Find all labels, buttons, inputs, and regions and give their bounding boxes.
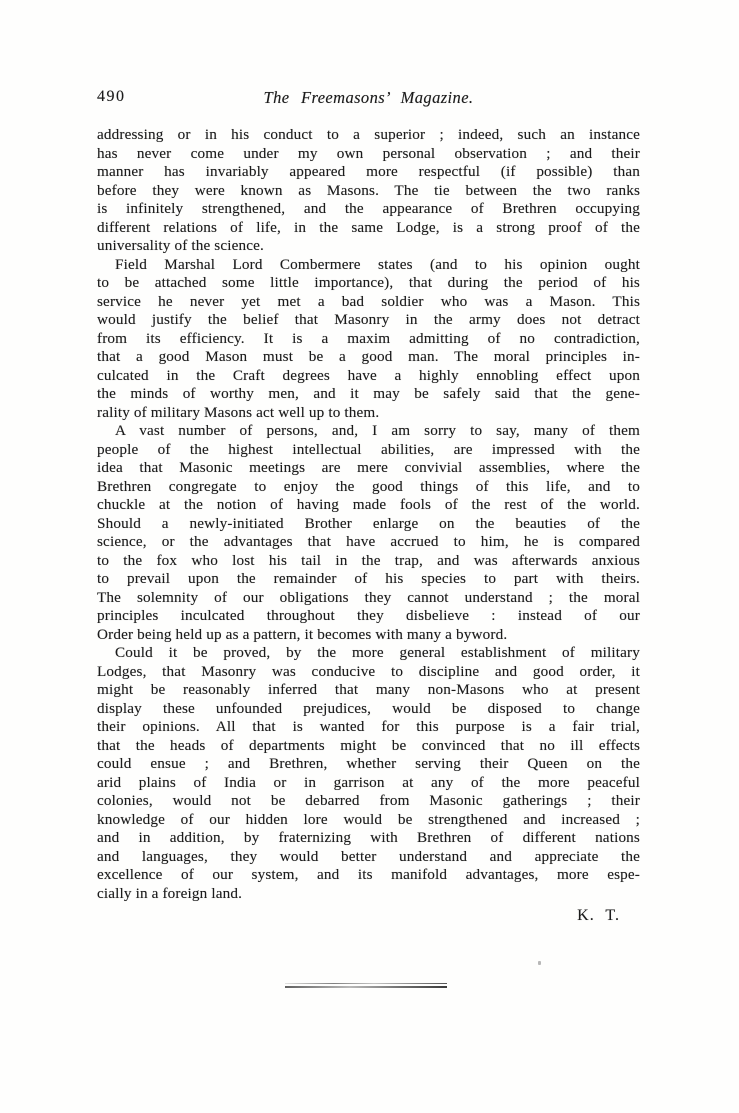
text-line: to prevail upon the remainder of his spe… <box>97 570 640 589</box>
text-line: The solemnity of our obligations they ca… <box>97 589 640 608</box>
text-line: A vast number of persons, and, I am sorr… <box>97 422 640 441</box>
text-line: is infinitely strengthened, and the appe… <box>97 200 640 219</box>
text-line: Could it be proved, by the more general … <box>97 644 640 663</box>
text-line: that the heads of departments might be c… <box>97 737 640 756</box>
text-line: knowledge of our hidden lore would be st… <box>97 811 640 830</box>
text-line: might be reasonably inferred that many n… <box>97 681 640 700</box>
text-line: has never come under my own personal obs… <box>97 145 640 164</box>
journal-title: The Freemasons’ Magazine. <box>97 88 640 108</box>
text-line: colonies, would not be debarred from Mas… <box>97 792 640 811</box>
text-line: display these unfounded prejudices, woul… <box>97 700 640 719</box>
text-line: would justify the belief that Masonry in… <box>97 311 640 330</box>
text-line: principles inculcated throughout they di… <box>97 607 640 626</box>
author-signature: K. T. <box>97 907 620 925</box>
text-line: Should a newly-initiated Brother enlarge… <box>97 515 640 534</box>
text-line: Lodges, that Masonry was conducive to di… <box>97 663 640 682</box>
text-line: their opinions. All that is wanted for t… <box>97 718 640 737</box>
text-line: chuckle at the notion of having made foo… <box>97 496 640 515</box>
text-line: before they were known as Masons. The ti… <box>97 182 640 201</box>
text-line: culcated in the Craft degrees have a hig… <box>97 367 640 386</box>
divider-line-bottom <box>285 986 447 988</box>
magazine-page: 490 The Freemasons’ Magazine. addressing… <box>0 0 739 1113</box>
text-line: Field Marshal Lord Combermere states (an… <box>97 256 640 275</box>
text-line: to the fox who lost his tail in the trap… <box>97 552 640 571</box>
text-line: idea that Masonic meetings are mere conv… <box>97 459 640 478</box>
text-line: Order being held up as a pattern, it bec… <box>97 626 640 645</box>
divider-line-top <box>285 983 447 984</box>
text-line: universality of the science. <box>97 237 640 256</box>
text-line: service he never yet met a bad soldier w… <box>97 293 640 312</box>
text-line: the minds of worthy men, and it may be s… <box>97 385 640 404</box>
text-line: cially in a foreign land. <box>97 885 640 904</box>
scan-speck <box>538 961 541 965</box>
running-head: 490 The Freemasons’ Magazine. <box>97 88 640 110</box>
text-line: arid plains of India or in garrison at a… <box>97 774 640 793</box>
section-divider <box>285 983 447 990</box>
text-line: people of the highest intellectual abili… <box>97 441 640 460</box>
text-line: excellence of our system, and its manifo… <box>97 866 640 885</box>
text-line: manner has invariably appeared more resp… <box>97 163 640 182</box>
text-line: addressing or in his conduct to a superi… <box>97 126 640 145</box>
text-line: science, or the advantages that have acc… <box>97 533 640 552</box>
text-line: from its efficiency. It is a maxim admit… <box>97 330 640 349</box>
text-line: could ensue ; and Brethren, whether serv… <box>97 755 640 774</box>
text-line: and in addition, by fraternizing with Br… <box>97 829 640 848</box>
text-line: and languages, they would better underst… <box>97 848 640 867</box>
article-body: addressing or in his conduct to a superi… <box>97 126 640 903</box>
text-line: Brethren congregate to enjoy the good th… <box>97 478 640 497</box>
text-line: to be attached some little importance), … <box>97 274 640 293</box>
text-line: different relations of life, in the same… <box>97 219 640 238</box>
text-line: that a good Mason must be a good man. Th… <box>97 348 640 367</box>
text-line: rality of military Masons act well up to… <box>97 404 640 423</box>
